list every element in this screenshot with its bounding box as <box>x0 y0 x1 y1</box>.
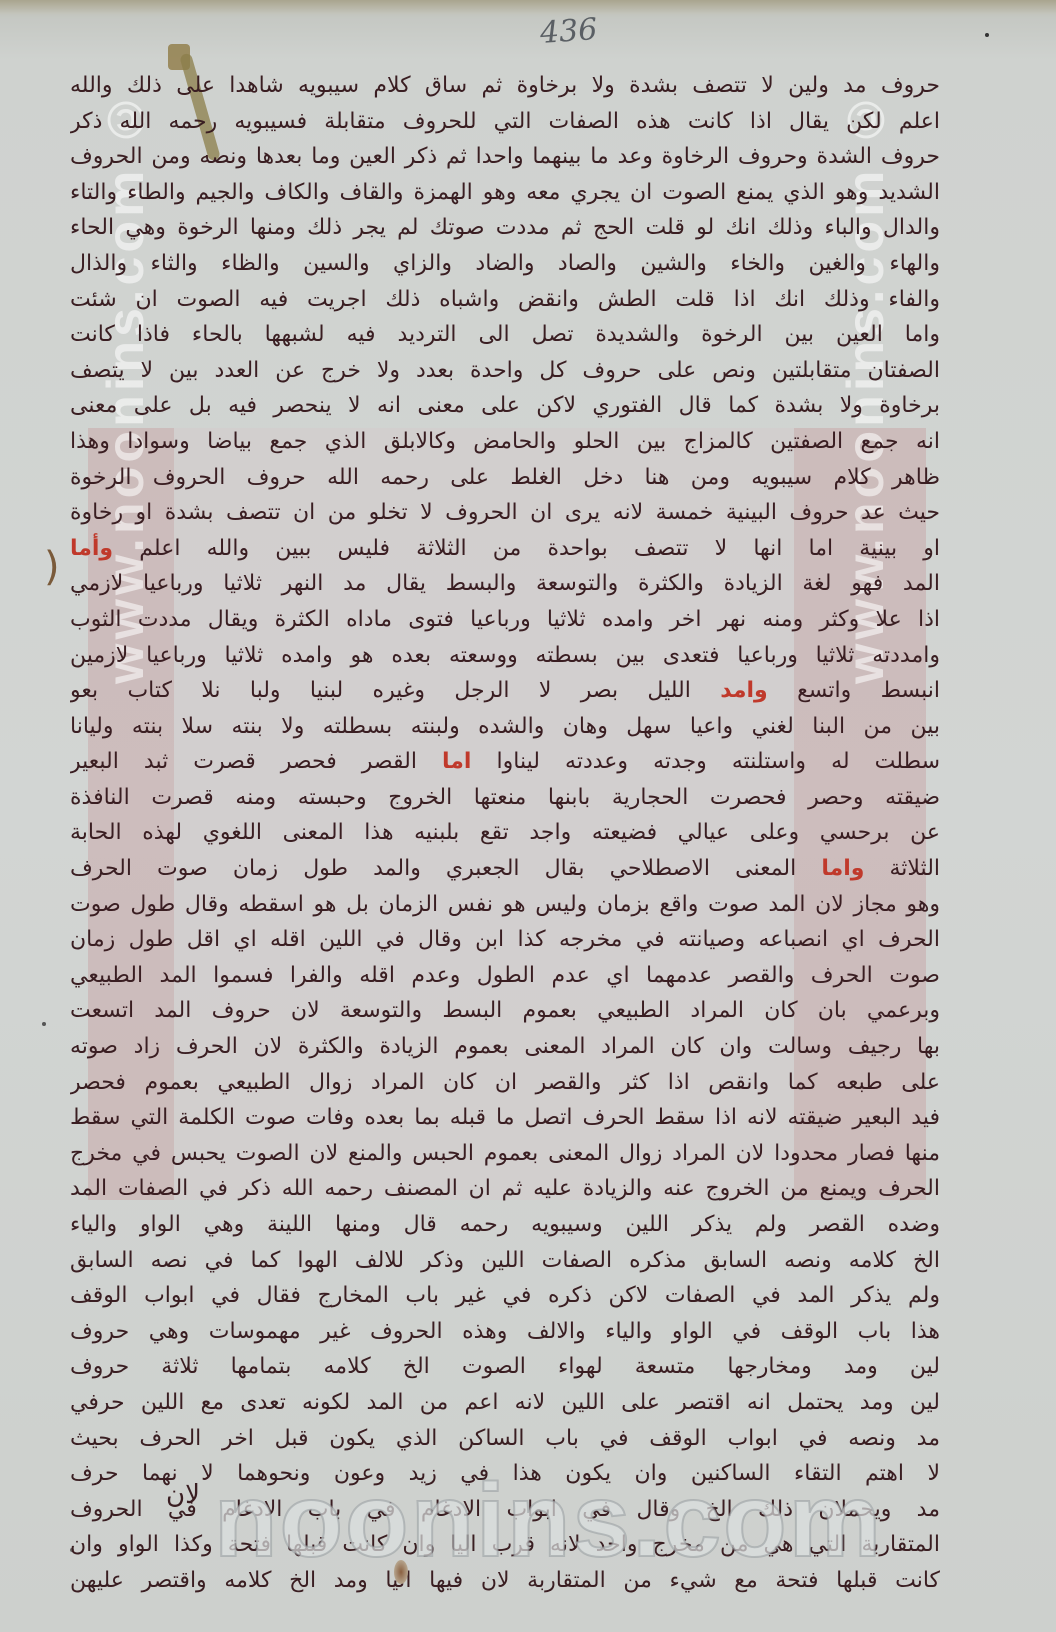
line-text: والدال والباء وذلك انك لو قلت الحج ثم مد… <box>70 215 940 240</box>
line-text: لين ومد يحتمل انه اقتصر على اللين لانه ا… <box>70 1390 940 1415</box>
text-line: اذا علا وكثر ومنه نهر اخر وامده ثلاثيا و… <box>70 602 940 638</box>
text-line: صوت الحرف والقصر عدمهما اي عدم الطول وعد… <box>70 958 940 994</box>
speck <box>985 33 989 37</box>
line-text: عن برحسي وعلى عيالي فضيعته واجد تقع بلبن… <box>70 820 940 845</box>
text-line: وامددته ثلاثيا ورباعيا فتعدى بين بسطته و… <box>70 638 940 674</box>
line-text: سطلت له واستلنته وجدته وعددته ليناوا <box>497 749 940 774</box>
text-line: لين ومد يحتمل انه اقتصر على اللين لانه ا… <box>70 1385 940 1421</box>
text-line: مد ونصه في ابواب الوقف في باب الساكن الذ… <box>70 1421 940 1457</box>
text-line: والدال والباء وذلك انك لو قلت الحج ثم مد… <box>70 210 940 246</box>
line-text: الشديد وهو الذي يمنع الصوت ان يجري معه و… <box>70 180 940 205</box>
line-text: ظاهر كلام سيبويه ومن هنا دخل الغلط على ر… <box>70 465 940 490</box>
text-line: واما العين بين الرخوة والشديدة تصل الى ا… <box>70 317 940 353</box>
text-line: الشديد وهو الذي يمنع الصوت ان يجري معه و… <box>70 175 940 211</box>
line-text: على طبعه كما وانقص اذا كثر والقصر ان كان… <box>70 1070 940 1095</box>
text-line: برخاوة ولا بشدة كما قال الفتوري لاكن على… <box>70 388 940 424</box>
text-line: وبرعمي بان كان المراد الطبيعي بعموم البس… <box>70 993 940 1029</box>
line-text-continued: المعنى الاصطلاحي بقال الجعبري والمد طول … <box>70 856 796 881</box>
text-line: ولم يذكر المد في الصفات لاكن ذكره في غير… <box>70 1278 940 1314</box>
text-line: بها رجيف وسالت وان كان المراد المعنى بعم… <box>70 1029 940 1065</box>
text-line: وهو مجاز لان المد صوت واقع بزمان وليس هو… <box>70 887 940 923</box>
text-line: اعلم لكن يقال اذا كانت هذه الصفات التي ل… <box>70 104 940 140</box>
line-text: بها رجيف وسالت وان كان المراد المعنى بعم… <box>70 1034 940 1059</box>
text-line: لين ومد ومخارجها متسعة لهواء الصوت الخ ك… <box>70 1349 940 1385</box>
manuscript-page: 436 www.noonins.com © www.noonins.com © … <box>0 0 1056 1632</box>
line-text-continued: الليل بصر لا الرجل وغيره لبنيا ولبا نلا … <box>70 678 691 703</box>
speck <box>42 1022 46 1026</box>
line-text: لين ومد ومخارجها متسعة لهواء الصوت الخ ك… <box>70 1354 940 1379</box>
text-line: عن برحسي وعلى عيالي فضيعته واجد تقع بلبن… <box>70 815 940 851</box>
page-top-edge <box>0 0 1056 14</box>
bottom-watermark: noonins.com <box>214 1462 814 1581</box>
paper-stain <box>394 1560 408 1584</box>
margin-bracket-mark: ) <box>44 544 60 590</box>
line-text: المد فهو لغة الزيادة والكثرة والتوسعة وا… <box>70 571 940 596</box>
text-line: حروف الشدة وحروف الرخاوة وعد ما بينهما و… <box>70 139 940 175</box>
text-line: والهاء والغين والخاء والشين والصاد والضا… <box>70 246 940 282</box>
line-text: الحرف ويمنع من الخروج عنه والزيادة عليه … <box>70 1176 940 1201</box>
line-text: الخ كلامه ونصه السابق مذكره الصفات اللين… <box>70 1248 940 1273</box>
line-text: والفاء وذلك انك اذا قلت الطش وانقض واشبا… <box>70 287 940 312</box>
line-text: بين من البنا لغني واعيا سهل وهان والشده … <box>70 714 940 739</box>
line-text: وضده القصر ولم يذكر اللين وسيبويه رحمه ق… <box>70 1212 940 1237</box>
line-text: وهو مجاز لان المد صوت واقع بزمان وليس هو… <box>70 892 940 917</box>
line-text: الحرف اي انصباعه وصيانته في مخرجه كذا اب… <box>70 927 940 952</box>
rubric-word: اما <box>442 749 471 774</box>
rubric-word: وأما <box>70 536 113 561</box>
text-line: انه جمع الصفتين كالمزاج بين الحلو والحام… <box>70 424 940 460</box>
line-text: وامددته ثلاثيا ورباعيا فتعدى بين بسطته و… <box>70 643 940 668</box>
text-line: الثلاثة واما المعنى الاصطلاحي بقال الجعب… <box>70 851 940 887</box>
line-text: انه جمع الصفتين كالمزاج بين الحلو والحام… <box>70 429 940 454</box>
line-text: والهاء والغين والخاء والشين والصاد والضا… <box>70 251 940 276</box>
line-text: ولم يذكر المد في الصفات لاكن ذكره في غير… <box>70 1283 940 1308</box>
line-text: صوت الحرف والقصر عدمهما اي عدم الطول وعد… <box>70 963 940 988</box>
catchword: لان <box>166 1480 200 1510</box>
line-text: حروف الشدة وحروف الرخاوة وعد ما بينهما و… <box>70 144 940 169</box>
manuscript-text: حروف مد ولين لا تتصف بشدة ولا برخاوة ثم … <box>70 68 940 1599</box>
text-line: حيث عد حروف البينية خمسة لانه يرى ان الح… <box>70 495 940 531</box>
text-line: سطلت له واستلنته وجدته وعددته ليناوا اما… <box>70 744 940 780</box>
text-line: ظاهر كلام سيبويه ومن هنا دخل الغلط على ر… <box>70 460 940 496</box>
line-text: منها فصار محدودا لان المراد زوال المعنى … <box>70 1141 940 1166</box>
text-line: وضده القصر ولم يذكر اللين وسيبويه رحمه ق… <box>70 1207 940 1243</box>
line-text: مد ونصه في ابواب الوقف في باب الساكن الذ… <box>70 1426 940 1451</box>
rubric-word: واما <box>821 856 864 881</box>
text-line: حروف مد ولين لا تتصف بشدة ولا برخاوة ثم … <box>70 68 940 104</box>
text-line: الخ كلامه ونصه السابق مذكره الصفات اللين… <box>70 1243 940 1279</box>
line-text: حيث عد حروف البينية خمسة لانه يرى ان الح… <box>70 500 940 525</box>
folio-number: 436 <box>539 12 599 51</box>
line-text: وبرعمي بان كان المراد الطبيعي بعموم البس… <box>70 998 940 1023</box>
line-text: اذا علا وكثر ومنه نهر اخر وامده ثلاثيا و… <box>70 607 940 632</box>
text-line: بين من البنا لغني واعيا سهل وهان والشده … <box>70 709 940 745</box>
text-line: او بينية اما انها لا تتصف بواحدة من الثل… <box>70 531 940 567</box>
line-text-continued: القصر فحصر قصرت ثبد البعير <box>70 749 417 774</box>
text-line: على طبعه كما وانقص اذا كثر والقصر ان كان… <box>70 1065 940 1101</box>
line-text: اعلم لكن يقال اذا كانت هذه الصفات التي ل… <box>70 109 940 134</box>
line-text: ضيقته وحصر فحصرت الحجارية بابنها منعتها … <box>70 785 940 810</box>
text-line: منها فصار محدودا لان المراد زوال المعنى … <box>70 1136 940 1172</box>
line-text: او بينية اما انها لا تتصف بواحدة من الثل… <box>139 536 940 561</box>
rubric-word: وامد <box>720 678 768 703</box>
line-text: الصفتان متقابلتين ونص على حروف كل واحدة … <box>70 358 940 383</box>
text-line: والفاء وذلك انك اذا قلت الطش وانقض واشبا… <box>70 282 940 318</box>
line-text: برخاوة ولا بشدة كما قال الفتوري لاكن على… <box>70 393 940 418</box>
text-line: الحرف ويمنع من الخروج عنه والزيادة عليه … <box>70 1171 940 1207</box>
line-text: حروف مد ولين لا تتصف بشدة ولا برخاوة ثم … <box>70 73 940 98</box>
text-line: ضيقته وحصر فحصرت الحجارية بابنها منعتها … <box>70 780 940 816</box>
text-line: المد فهو لغة الزيادة والكثرة والتوسعة وا… <box>70 566 940 602</box>
text-line: الحرف اي انصباعه وصيانته في مخرجه كذا اب… <box>70 922 940 958</box>
text-line: فيد البعير ضيقته لانه اذا سقط الحرف اتصل… <box>70 1100 940 1136</box>
line-text: هذا باب الوقف في الواو والياء والالف وهذ… <box>70 1319 940 1344</box>
line-text: انبسط واتسع <box>797 678 940 703</box>
line-text: فيد البعير ضيقته لانه اذا سقط الحرف اتصل… <box>70 1105 940 1130</box>
text-line: هذا باب الوقف في الواو والياء والالف وهذ… <box>70 1314 940 1350</box>
text-line: الصفتان متقابلتين ونص على حروف كل واحدة … <box>70 353 940 389</box>
line-text: واما العين بين الرخوة والشديدة تصل الى ا… <box>70 322 940 347</box>
text-line: انبسط واتسع وامد الليل بصر لا الرجل وغير… <box>70 673 940 709</box>
line-text: الثلاثة <box>890 856 940 881</box>
